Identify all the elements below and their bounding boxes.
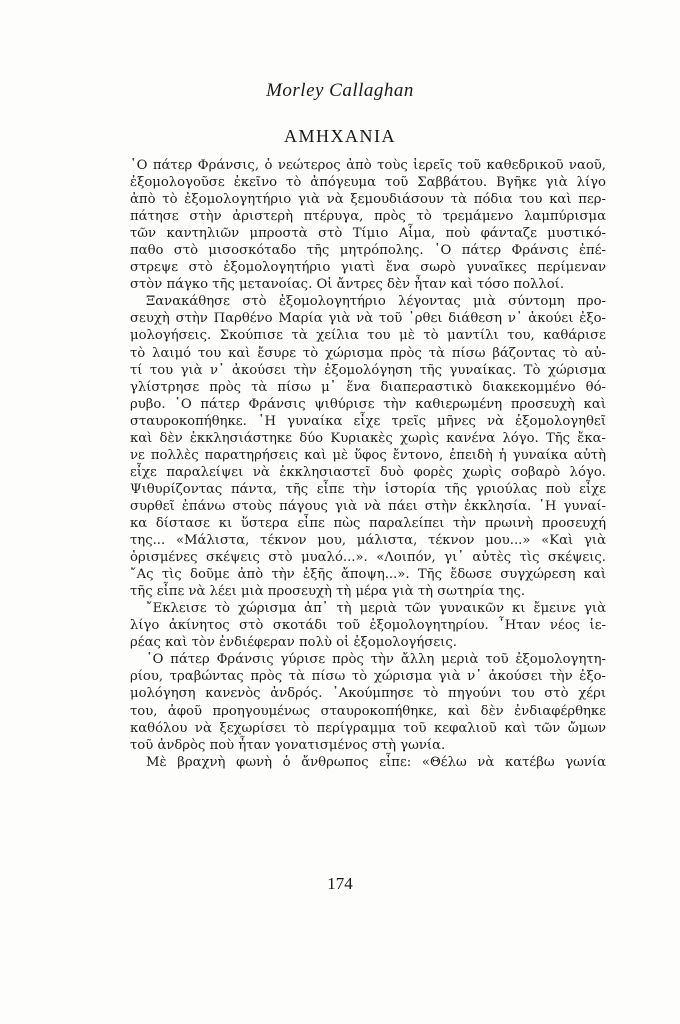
- text-line: μολόγηση κανενὸς ἀνδρός. ᾽Ακούμπησε τὸ π…: [130, 685, 606, 702]
- text-line: τοῦ ἀνδρὸς ποὺ ἦταν γονατισμένος στὴ γων…: [130, 737, 606, 754]
- running-header-author: Morley Callaghan: [0, 80, 680, 102]
- paragraph-start-line: Μὲ βραχνὴ φωνὴ ὁ ἄνθρωπος εἶπε: «Θέλω νὰ…: [130, 754, 606, 771]
- text-line: πάτησε στὴν ἀριστερὴ πτέρυγα, πρὸς τὸ τρ…: [130, 208, 606, 225]
- text-line: κα δίστασε κι ὕστερα εἶπε πὼς παραλείπει…: [130, 515, 606, 532]
- paragraph-start-line: ῾Ο πάτερ Φράνσις γύρισε πρὸς τὴν ἄλλη με…: [130, 651, 606, 668]
- text-line: γλίστρησε πρὸς τὰ πίσω μ᾽ ἕνα διαπεραστι…: [130, 379, 606, 396]
- text-line: ῾Ο πάτερ Φράνσις, ὁ νεώτερος ἀπὸ τοὺς ἱε…: [130, 157, 606, 174]
- text-line: του, ἀφοῦ προηγουμένως σταυροκοπήθηκε, κ…: [130, 703, 606, 720]
- text-line: μολογήσεις. Σκούπισε τὰ χείλια του μὲ τὸ…: [130, 327, 606, 344]
- text-line: τὸ λαιμό του καὶ ἔσυρε τὸ χώρισμα πρὸς τ…: [130, 345, 606, 362]
- story-body: ῾Ο πάτερ Φράνσις, ὁ νεώτερος ἀπὸ τοὺς ἱε…: [130, 157, 606, 771]
- text-line: ἀπὸ τὸ ἐξομολογητήριο γιὰ νὰ ξεμουδιάσου…: [130, 191, 606, 208]
- text-line: στὸν πάγκο τῆς μετανοίας. Οἱ ἄντρες δὲν …: [130, 276, 606, 293]
- paragraph-start-line: Ξανακάθησε στὸ ἐξομολογητήριο λέγοντας μ…: [130, 293, 606, 310]
- text-line: ὁρισμένες σκέψεις στὸ μυαλό...». «Λοιπόν…: [130, 549, 606, 566]
- text-line: καὶ δὲν ἐκκλησιάστηκε δύο Κυριακὲς χωρὶς…: [130, 430, 606, 447]
- text-line: της... «Μάλιστα, τέκνον μου, μάλιστα, τέ…: [130, 532, 606, 549]
- text-line: στρεψε στὸ ἐξομολογητήριο γιατὶ ἕνα σωρὸ…: [130, 259, 606, 276]
- book-page: Morley Callaghan ΑΜΗΧΑΝΙΑ ῾Ο πάτερ Φράνσ…: [0, 0, 680, 1024]
- text-line: παθο στὸ μισοσκόταδο τῆς μητρόπολης. ῾Ο …: [130, 242, 606, 259]
- text-line: λίγο ἀκίνητος στὸ σκοτάδι τοῦ ἐξομολογητ…: [130, 617, 606, 634]
- text-line: σταυροκοπήθηκε. ῾Η γυναίκα εἶχε τρεῖς μῆ…: [130, 413, 606, 430]
- paragraph-start-line: ῎Εκλεισε τὸ χώρισμα ἀπ᾽ τὴ μεριὰ τῶν γυν…: [130, 600, 606, 617]
- text-line: τί του γιὰ ν᾽ ἀκούσει τὴν ἐξομολόγηση τῆ…: [130, 362, 606, 379]
- text-line: ρέας καὶ τὸν ἐνδιέφεραν πολὺ οἱ ἐξομολογ…: [130, 634, 606, 651]
- text-line: τῆς εἶπε νὰ λέει μιὰ προσευχὴ τὴ μέρα γι…: [130, 583, 606, 600]
- text-line: καθόλου νὰ ξεχωρίσει τὸ περίγραμμα τοῦ κ…: [130, 720, 606, 737]
- text-line: εἶχε παραλείψει νὰ ἐκκλησιαστεῖ δυὸ φορὲ…: [130, 464, 606, 481]
- text-line: σευχὴ στὴν Παρθένο Μαρία γιὰ νὰ τοῦ ᾽ρθε…: [130, 310, 606, 327]
- text-line: τῶν καντηλιῶν μπροστὰ στὸ Τίμιο Αἷμα, πο…: [130, 225, 606, 242]
- text-line: ἐξομολογοῦσε ἐκεῖνο τὸ ἀπόγευμα τοῦ Σαββ…: [130, 174, 606, 191]
- text-line: Ψιθυρίζοντας πάντα, τῆς εἶπε τὴν ἱστορία…: [130, 481, 606, 498]
- text-line: συρθεῖ ἐπάνω στοὺς πάγους γιὰ νὰ πάει στ…: [130, 498, 606, 515]
- text-line: ρίου, τραβώντας πρὸς τὰ πίσω τὸ χώρισμα …: [130, 668, 606, 685]
- text-line: νε πολλὲς παρατηρήσεις καὶ μὲ ὕφος ἔντον…: [130, 447, 606, 464]
- text-line: ῎Ας τὶς δοῦμε ἀπὸ τὴν ἑξῆς ἄποψη...». Τῆ…: [130, 566, 606, 583]
- story-title: ΑΜΗΧΑΝΙΑ: [0, 126, 680, 147]
- page-number: 174: [0, 874, 680, 894]
- text-line: ρυβο. ῾Ο πάτερ Φράνσις ψιθύρισε τὴν καθι…: [130, 396, 606, 413]
